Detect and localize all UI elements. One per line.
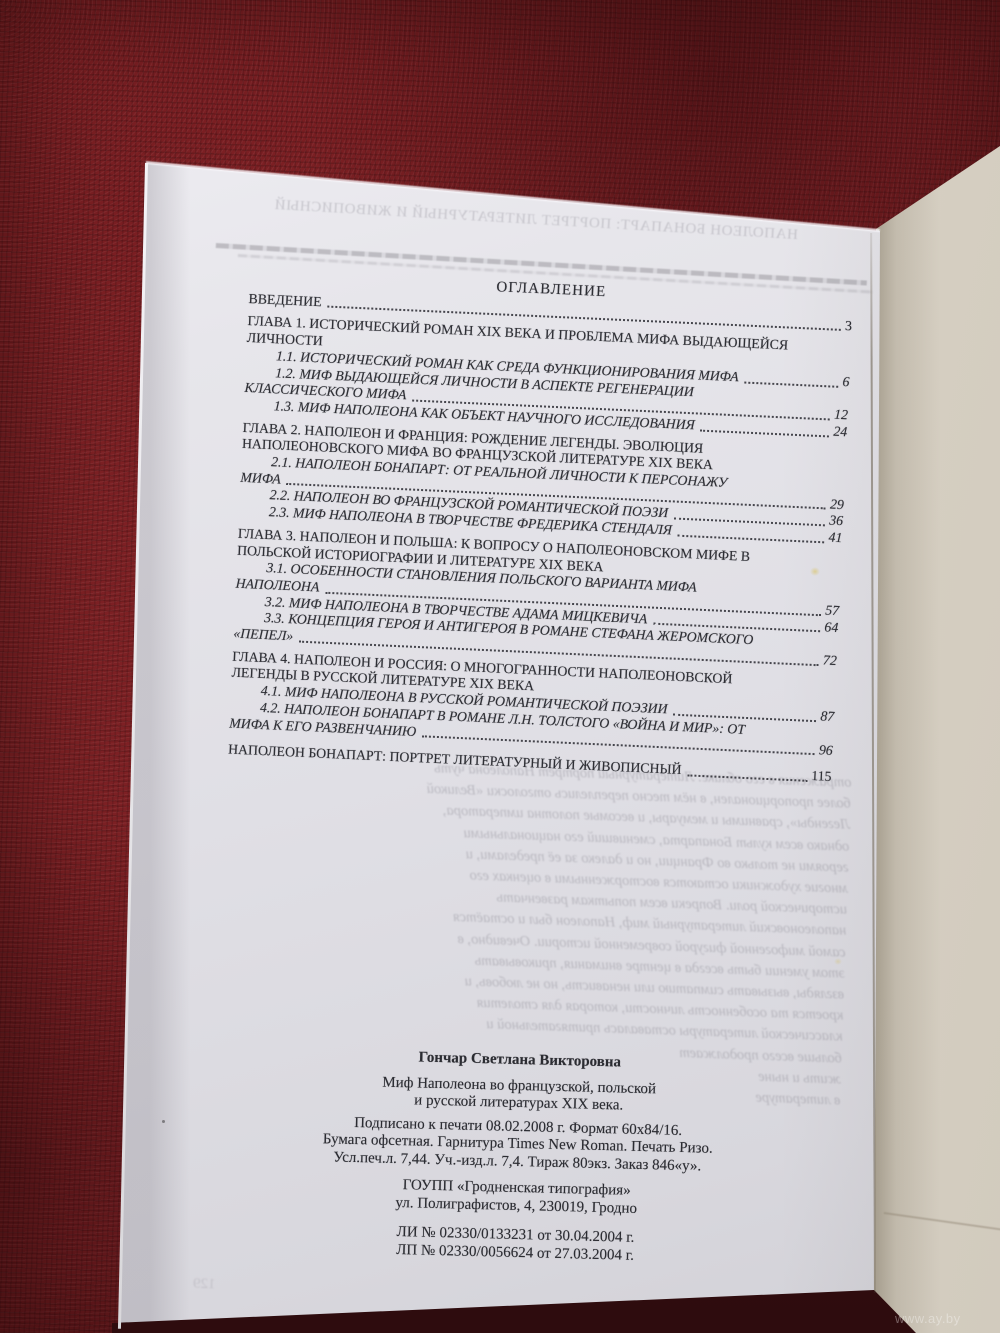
table-of-contents: ОГЛАВЛЕНИЕ ВВЕДЕНИЕ3ГЛАВА 1. ИСТОРИЧЕСКИ… [228,268,854,786]
toc-page-number: 57 [824,602,840,619]
colophon-publisher: ГОУПП «Гродненская типография»ул. Полигр… [166,1171,867,1223]
paper-stain [834,958,842,965]
toc-lines: ВВЕДЕНИЕ3ГЛАВА 1. ИСТОРИЧЕСКИЙ РОМАН XIX… [228,291,853,786]
toc-page-number: 24 [832,424,848,441]
toc-page-number: 6 [841,374,850,391]
toc-page-number: 12 [833,407,849,424]
toc-page-number: 36 [828,513,844,530]
colophon: Гончар Светлана Викторовна Миф Наполеона… [165,1043,870,1270]
toc-entry-text: «ПЕПЕЛ» [233,626,294,645]
toc-page-number: 115 [810,768,832,786]
toc-page-number: 96 [818,742,834,759]
photo-scene: НАПОЛЕОН БОНАПАРТ: ПОРТРЕТ ЛИТЕРАТУРНЫЙ … [0,0,1000,1333]
watermark: www.ay.by [895,1311,961,1326]
toc-page-number: 41 [827,530,843,547]
toc-page-number: 3 [844,318,853,335]
toc-entry-text: ВВЕДЕНИЕ [248,291,322,311]
toc-page-number: 29 [829,496,845,513]
dotted-leader [700,429,829,437]
toc-page-number: 87 [819,708,835,725]
dotted-leader [678,535,825,544]
colophon-print-info: Подписано к печати 08.02.2008 г. Формат … [167,1110,868,1180]
toc-entry-text: МИФА [240,470,281,489]
paper-speck [162,1120,165,1123]
toc-page-number: 64 [823,619,839,636]
toc-entry-text: ЛИЧНОСТИ [246,330,323,350]
toc-page-number: 72 [822,652,838,669]
